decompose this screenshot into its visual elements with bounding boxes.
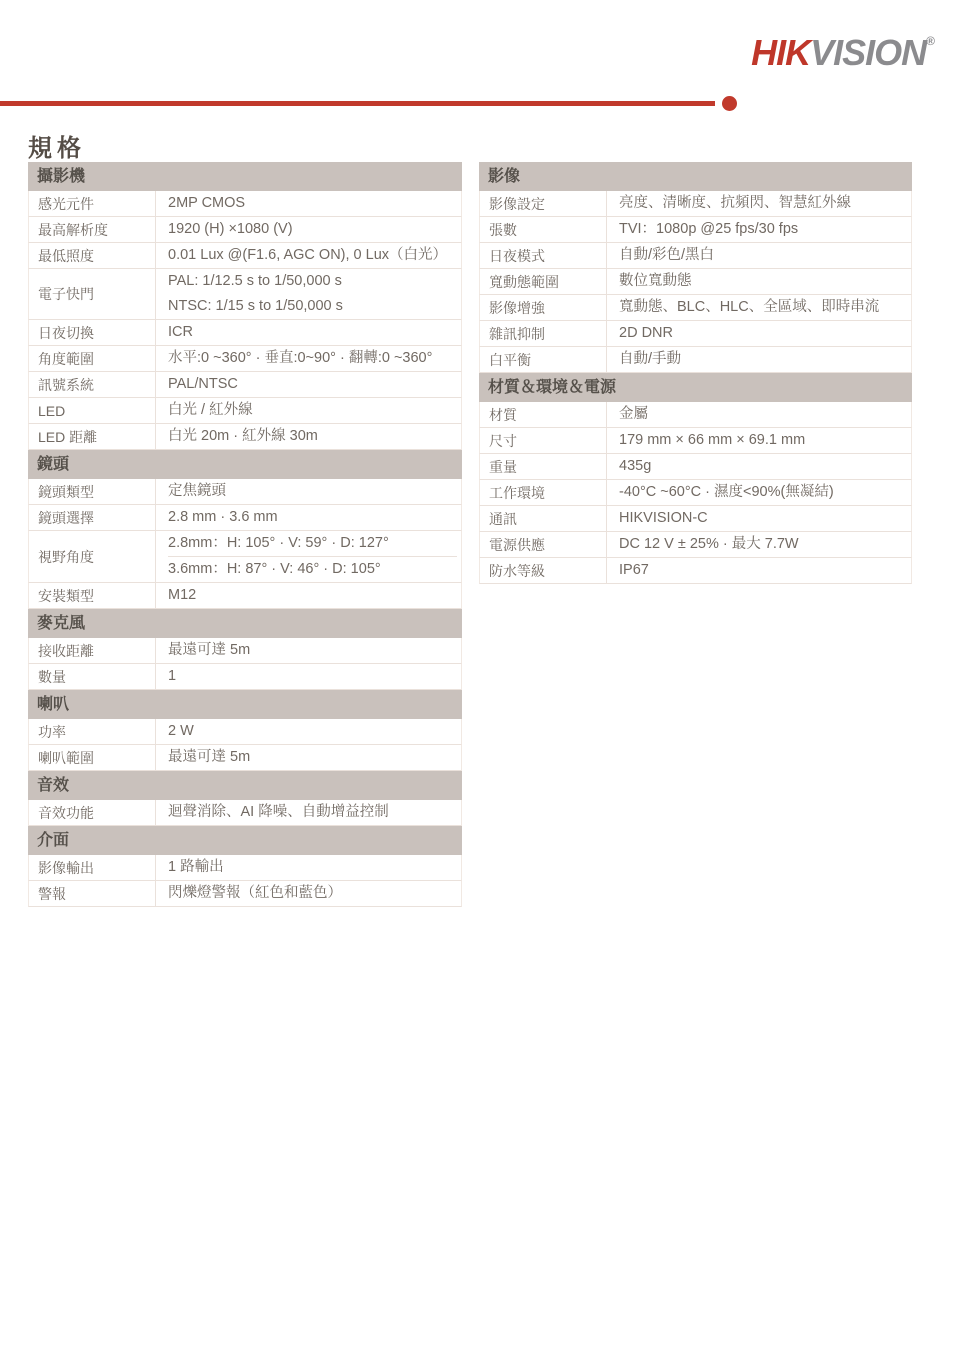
spec-value: 1 路輸出 <box>156 855 461 880</box>
spec-value-line: 0.01 Lux @(F1.6, AGC ON), 0 Lux（白光） <box>168 243 457 268</box>
spec-value: 水平:0 ~360° · 垂直:0~90° · 翻轉:0 ~360° <box>156 346 461 371</box>
spec-label: 功率 <box>29 719 156 744</box>
section-header: 喇叭 <box>28 690 462 719</box>
spec-label: 影像設定 <box>480 191 607 216</box>
spec-value-line: DC 12 V ± 25% · 最大 7.7W <box>619 532 907 557</box>
spec-label: 最高解析度 <box>29 217 156 242</box>
spec-value-line: 2D DNR <box>619 321 907 346</box>
spec-value: 1 <box>156 664 461 689</box>
spec-value-line: 迴聲消除、AI 降噪、自動增益控制 <box>168 800 457 825</box>
spec-label: 重量 <box>480 454 607 479</box>
spec-row: 張數TVI：1080p @25 fps/30 fps <box>479 217 912 243</box>
spec-value-line: 亮度、清晰度、抗頻閃、智慧紅外線 <box>619 191 907 216</box>
spec-row: 尺寸179 mm × 66 mm × 69.1 mm <box>479 428 912 454</box>
spec-value: 迴聲消除、AI 降噪、自動增益控制 <box>156 800 461 825</box>
spec-row: LED白光 / 紅外線 <box>28 398 462 424</box>
spec-value: 自動/手動 <box>607 347 911 372</box>
spec-label: 訊號系統 <box>29 372 156 397</box>
spec-row: 訊號系統PAL/NTSC <box>28 372 462 398</box>
page-title: 規格 <box>28 128 86 163</box>
spec-row: 音效功能迴聲消除、AI 降噪、自動增益控制 <box>28 800 462 826</box>
spec-label: 音效功能 <box>29 800 156 825</box>
spec-row: 接收距離最遠可達 5m <box>28 638 462 664</box>
spec-label: 鏡頭類型 <box>29 479 156 504</box>
spec-value-line: PAL: 1/12.5 s to 1/50,000 s <box>168 269 457 294</box>
spec-value-line: 自動/彩色/黑白 <box>619 243 907 268</box>
section-header: 介面 <box>28 826 462 855</box>
spec-label: 影像輸出 <box>29 855 156 880</box>
spec-value: 白光 20m · 紅外線 30m <box>156 424 461 449</box>
spec-value: 寬動態、BLC、HLC、全區域、即時串流 <box>607 295 911 320</box>
spec-row: 影像設定亮度、清晰度、抗頻閃、智慧紅外線 <box>479 191 912 217</box>
spec-row: 影像增強寬動態、BLC、HLC、全區域、即時串流 <box>479 295 912 321</box>
spec-value-line: HIKVISION-C <box>619 506 907 531</box>
spec-value-line: 2 W <box>168 719 457 744</box>
spec-value-line: 2MP CMOS <box>168 191 457 216</box>
spec-label: 電子快門 <box>29 269 156 319</box>
spec-value: TVI：1080p @25 fps/30 fps <box>607 217 911 242</box>
spec-value: 金屬 <box>607 402 911 427</box>
spec-value-line: 數位寬動態 <box>619 269 907 294</box>
section-header: 影像 <box>479 162 912 191</box>
spec-value-line: 定焦鏡頭 <box>168 479 457 504</box>
section-header: 鏡頭 <box>28 450 462 479</box>
spec-value: 2.8mm：H: 105° · V: 59° · D: 127°3.6mm：H:… <box>156 531 461 582</box>
spec-value: IP67 <box>607 558 911 583</box>
spec-value-line: 寬動態、BLC、HLC、全區域、即時串流 <box>619 295 907 320</box>
spec-value: M12 <box>156 583 461 608</box>
spec-value-line: 自動/手動 <box>619 347 907 372</box>
spec-value-line: 2.8 mm · 3.6 mm <box>168 505 457 530</box>
spec-value-line: PAL/NTSC <box>168 372 457 397</box>
spec-row: 工作環境-40°C ~60°C · 濕度<90%(無凝結) <box>479 480 912 506</box>
spec-value: 最遠可達 5m <box>156 745 461 770</box>
spec-value-line: 179 mm × 66 mm × 69.1 mm <box>619 428 907 453</box>
spec-row: 重量435g <box>479 454 912 480</box>
spec-value: HIKVISION-C <box>607 506 911 531</box>
spec-row: 材質金屬 <box>479 402 912 428</box>
spec-row: 感光元件2MP CMOS <box>28 191 462 217</box>
spec-row: 電源供應DC 12 V ± 25% · 最大 7.7W <box>479 532 912 558</box>
registered-trademark-icon: ® <box>926 34 934 48</box>
spec-label: 喇叭範圍 <box>29 745 156 770</box>
spec-row: 視野角度2.8mm：H: 105° · V: 59° · D: 127°3.6m… <box>28 531 462 583</box>
spec-label: 感光元件 <box>29 191 156 216</box>
spec-value: DC 12 V ± 25% · 最大 7.7W <box>607 532 911 557</box>
spec-value: 179 mm × 66 mm × 69.1 mm <box>607 428 911 453</box>
spec-value-line: NTSC: 1/15 s to 1/50,000 s <box>168 294 457 319</box>
spec-label: 日夜模式 <box>480 243 607 268</box>
header-divider-dot-icon <box>722 96 737 111</box>
spec-value-line: 閃爍燈警報（紅色和藍色） <box>168 881 457 906</box>
spec-row: 喇叭範圍最遠可達 5m <box>28 745 462 771</box>
spec-label: 工作環境 <box>480 480 607 505</box>
section-header: 音效 <box>28 771 462 800</box>
spec-value: 亮度、清晰度、抗頻閃、智慧紅外線 <box>607 191 911 216</box>
spec-row: 數量1 <box>28 664 462 690</box>
spec-label: 電源供應 <box>480 532 607 557</box>
spec-row: 防水等級IP67 <box>479 558 912 584</box>
spec-value: 閃爍燈警報（紅色和藍色） <box>156 881 461 906</box>
spec-label: 視野角度 <box>29 531 156 582</box>
spec-value-line: -40°C ~60°C · 濕度<90%(無凝結) <box>619 480 907 505</box>
spec-value: 自動/彩色/黑白 <box>607 243 911 268</box>
spec-label: 數量 <box>29 664 156 689</box>
spec-row: 角度範圍水平:0 ~360° · 垂直:0~90° · 翻轉:0 ~360° <box>28 346 462 372</box>
spec-row: 寬動態範圍數位寬動態 <box>479 269 912 295</box>
spec-row: 日夜模式自動/彩色/黑白 <box>479 243 912 269</box>
spec-column-right: 影像影像設定亮度、清晰度、抗頻閃、智慧紅外線張數TVI：1080p @25 fp… <box>479 162 912 584</box>
spec-label: 防水等級 <box>480 558 607 583</box>
spec-label: 警報 <box>29 881 156 906</box>
spec-row: 警報閃爍燈警報（紅色和藍色） <box>28 881 462 907</box>
spec-label: 安裝類型 <box>29 583 156 608</box>
spec-value: 2 W <box>156 719 461 744</box>
spec-value: 白光 / 紅外線 <box>156 398 461 423</box>
spec-value-line: 金屬 <box>619 402 907 427</box>
spec-label: 日夜切換 <box>29 320 156 345</box>
spec-value: PAL/NTSC <box>156 372 461 397</box>
spec-value-line: 最遠可達 5m <box>168 745 457 770</box>
spec-value-line: TVI：1080p @25 fps/30 fps <box>619 217 907 242</box>
spec-label: LED 距離 <box>29 424 156 449</box>
spec-row: LED 距離白光 20m · 紅外線 30m <box>28 424 462 450</box>
spec-row: 白平衡自動/手動 <box>479 347 912 373</box>
spec-label: 通訊 <box>480 506 607 531</box>
spec-label: 角度範圍 <box>29 346 156 371</box>
spec-value-line: 水平:0 ~360° · 垂直:0~90° · 翻轉:0 ~360° <box>168 346 457 371</box>
spec-label: 影像增強 <box>480 295 607 320</box>
spec-row: 通訊HIKVISION-C <box>479 506 912 532</box>
spec-value-line: 白光 / 紅外線 <box>168 398 457 423</box>
spec-value: -40°C ~60°C · 濕度<90%(無凝結) <box>607 480 911 505</box>
spec-value-line: 435g <box>619 454 907 479</box>
header-divider-line <box>0 101 715 106</box>
spec-label: LED <box>29 398 156 423</box>
spec-value-line: ICR <box>168 320 457 345</box>
spec-label: 寬動態範圍 <box>480 269 607 294</box>
spec-value-line: 白光 20m · 紅外線 30m <box>168 424 457 449</box>
spec-row: 最高解析度1920 (H) ×1080 (V) <box>28 217 462 243</box>
spec-row: 功率2 W <box>28 719 462 745</box>
spec-label: 白平衡 <box>480 347 607 372</box>
logo-hik-text: HIK <box>751 32 810 73</box>
spec-row: 鏡頭選擇2.8 mm · 3.6 mm <box>28 505 462 531</box>
spec-value: 435g <box>607 454 911 479</box>
spec-value-line: 最遠可達 5m <box>168 638 457 663</box>
spec-row: 電子快門PAL: 1/12.5 s to 1/50,000 sNTSC: 1/1… <box>28 269 462 320</box>
spec-label: 雜訊抑制 <box>480 321 607 346</box>
spec-value-line: 1 <box>168 664 457 689</box>
spec-value: 2MP CMOS <box>156 191 461 216</box>
spec-row: 雜訊抑制2D DNR <box>479 321 912 347</box>
spec-value-line: 1920 (H) ×1080 (V) <box>168 217 457 242</box>
section-header: 攝影機 <box>28 162 462 191</box>
logo-vision-text: VISION <box>810 32 926 73</box>
spec-value-line: IP67 <box>619 558 907 583</box>
spec-value-line: M12 <box>168 583 457 608</box>
spec-value-line: 2.8mm：H: 105° · V: 59° · D: 127° <box>168 531 457 556</box>
spec-row: 影像輸出1 路輸出 <box>28 855 462 881</box>
spec-column-left: 攝影機感光元件2MP CMOS最高解析度1920 (H) ×1080 (V)最低… <box>28 162 462 907</box>
spec-label: 最低照度 <box>29 243 156 268</box>
spec-value: ICR <box>156 320 461 345</box>
spec-label: 鏡頭選擇 <box>29 505 156 530</box>
spec-label: 接收距離 <box>29 638 156 663</box>
spec-label: 尺寸 <box>480 428 607 453</box>
spec-value: 數位寬動態 <box>607 269 911 294</box>
spec-value-line: 1 路輸出 <box>168 855 457 880</box>
spec-value: PAL: 1/12.5 s to 1/50,000 sNTSC: 1/15 s … <box>156 269 461 319</box>
section-header: 材質＆環境＆電源 <box>479 373 912 402</box>
spec-row: 鏡頭類型定焦鏡頭 <box>28 479 462 505</box>
spec-label: 張數 <box>480 217 607 242</box>
spec-value-line: 3.6mm：H: 87° · V: 46° · D: 105° <box>168 556 457 582</box>
section-header: 麥克風 <box>28 609 462 638</box>
spec-value: 1920 (H) ×1080 (V) <box>156 217 461 242</box>
spec-value: 最遠可達 5m <box>156 638 461 663</box>
spec-row: 安裝類型M12 <box>28 583 462 609</box>
spec-value: 2D DNR <box>607 321 911 346</box>
hikvision-logo: HIKVISION® <box>751 32 934 74</box>
spec-row: 最低照度0.01 Lux @(F1.6, AGC ON), 0 Lux（白光） <box>28 243 462 269</box>
spec-label: 材質 <box>480 402 607 427</box>
spec-value: 定焦鏡頭 <box>156 479 461 504</box>
spec-value: 2.8 mm · 3.6 mm <box>156 505 461 530</box>
spec-value: 0.01 Lux @(F1.6, AGC ON), 0 Lux（白光） <box>156 243 461 268</box>
spec-row: 日夜切換ICR <box>28 320 462 346</box>
